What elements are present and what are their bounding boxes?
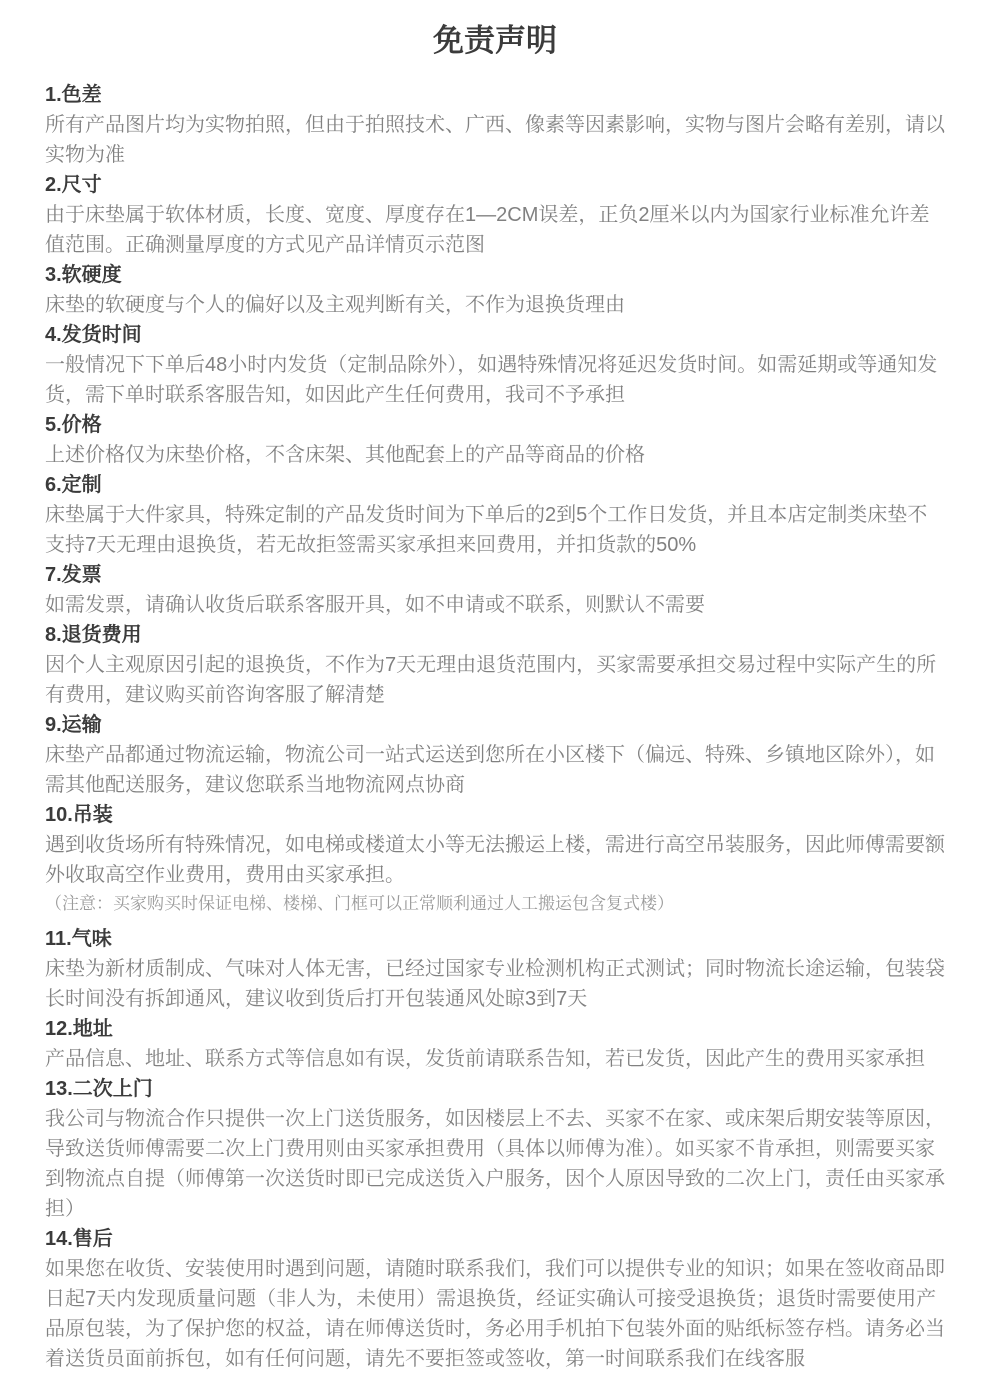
disclaimer-section: 1.色差 所有产品图片均为实物拍照，但由于拍照技术、广西、像素等因素影响，实物与… (45, 80, 945, 170)
disclaimer-section: 9.运输 床垫产品都通过物流运输，物流公司一站式运送到您所在小区楼下（偏远、特殊… (45, 710, 945, 800)
section-body: 如需发票，请确认收货后联系客服开具，如不申请或不联系，则默认不需要 (45, 590, 945, 620)
disclaimer-section: 3.软硬度 床垫的软硬度与个人的偏好以及主观判断有关，不作为退换货理由 (45, 260, 945, 320)
disclaimer-section: 12.地址 产品信息、地址、联系方式等信息如有误，发货前请联系告知，若已发货，因… (45, 1014, 945, 1074)
section-heading: 12.地址 (45, 1014, 945, 1044)
disclaimer-section: 8.退货费用 因个人主观原因引起的退换货，不作为7天无理由退货范围内，买家需要承… (45, 620, 945, 710)
section-body: 床垫产品都通过物流运输，物流公司一站式运送到您所在小区楼下（偏远、特殊、乡镇地区… (45, 740, 945, 800)
disclaimer-section: 10.吊装 遇到收货场所有特殊情况，如电梯或楼道太小等无法搬运上楼，需进行高空吊… (45, 800, 945, 917)
disclaimer-section: 11.气味 床垫为新材质制成、气味对人体无害，已经过国家专业检测机构正式测试；同… (45, 924, 945, 1014)
section-body: 如果您在收货、安装使用时遇到问题，请随时联系我们，我们可以提供专业的知识；如果在… (45, 1254, 945, 1374)
section-body: 由于床垫属于软体材质，长度、宽度、厚度存在1—2CM误差，正负2厘米以内为国家行… (45, 200, 945, 260)
section-heading: 1.色差 (45, 80, 945, 110)
section-heading: 4.发货时间 (45, 320, 945, 350)
section-heading: 9.运输 (45, 710, 945, 740)
disclaimer-section: 6.定制 床垫属于大件家具，特殊定制的产品发货时间为下单后的2到5个工作日发货，… (45, 470, 945, 560)
disclaimer-section: 7.发票 如需发票，请确认收货后联系客服开具，如不申请或不联系，则默认不需要 (45, 560, 945, 620)
section-heading: 13.二次上门 (45, 1074, 945, 1104)
disclaimer-document: 免责声明 1.色差 所有产品图片均为实物拍照，但由于拍照技术、广西、像素等因素影… (0, 0, 990, 1374)
disclaimer-section: 13.二次上门 我公司与物流合作只提供一次上门送货服务，如因楼层上不去、买家不在… (45, 1074, 945, 1224)
section-body: 上述价格仅为床垫价格，不含床架、其他配套上的产品等商品的价格 (45, 440, 945, 470)
section-heading: 2.尺寸 (45, 170, 945, 200)
page-title: 免责声明 (45, 0, 945, 80)
section-body: 产品信息、地址、联系方式等信息如有误，发货前请联系告知，若已发货，因此产生的费用… (45, 1044, 945, 1074)
section-heading: 14.售后 (45, 1224, 945, 1254)
disclaimer-section: 14.售后 如果您在收货、安装使用时遇到问题，请随时联系我们，我们可以提供专业的… (45, 1224, 945, 1374)
section-heading: 8.退货费用 (45, 620, 945, 650)
section-heading: 6.定制 (45, 470, 945, 500)
disclaimer-section: 4.发货时间 一般情况下下单后48小时内发货（定制品除外），如遇特殊情况将延迟发… (45, 320, 945, 410)
section-heading: 3.软硬度 (45, 260, 945, 290)
section-body: 一般情况下下单后48小时内发货（定制品除外），如遇特殊情况将延迟发货时间。如需延… (45, 350, 945, 410)
section-body: 床垫属于大件家具，特殊定制的产品发货时间为下单后的2到5个工作日发货，并且本店定… (45, 500, 945, 560)
section-heading: 11.气味 (45, 924, 945, 954)
section-heading: 5.价格 (45, 410, 945, 440)
section-body: 床垫为新材质制成、气味对人体无害，已经过国家专业检测机构正式测试；同时物流长途运… (45, 954, 945, 1014)
section-body: 因个人主观原因引起的退换货，不作为7天无理由退货范围内，买家需要承担交易过程中实… (45, 650, 945, 710)
disclaimer-section: 5.价格 上述价格仅为床垫价格，不含床架、其他配套上的产品等商品的价格 (45, 410, 945, 470)
disclaimer-section: 2.尺寸 由于床垫属于软体材质，长度、宽度、厚度存在1—2CM误差，正负2厘米以… (45, 170, 945, 260)
section-body: 床垫的软硬度与个人的偏好以及主观判断有关，不作为退换货理由 (45, 290, 945, 320)
section-body: 我公司与物流合作只提供一次上门送货服务，如因楼层上不去、买家不在家、或床架后期安… (45, 1104, 945, 1224)
section-heading: 10.吊装 (45, 800, 945, 830)
section-heading: 7.发票 (45, 560, 945, 590)
section-body: 遇到收货场所有特殊情况，如电梯或楼道太小等无法搬运上楼，需进行高空吊装服务，因此… (45, 830, 945, 890)
section-body: 所有产品图片均为实物拍照，但由于拍照技术、广西、像素等因素影响，实物与图片会略有… (45, 110, 945, 170)
sections-container: 1.色差 所有产品图片均为实物拍照，但由于拍照技术、广西、像素等因素影响，实物与… (45, 80, 945, 1374)
section-note: （注意：买家购买时保证电梯、楼梯、门框可以正常顺利通过人工搬运包含复式楼） (45, 891, 945, 917)
